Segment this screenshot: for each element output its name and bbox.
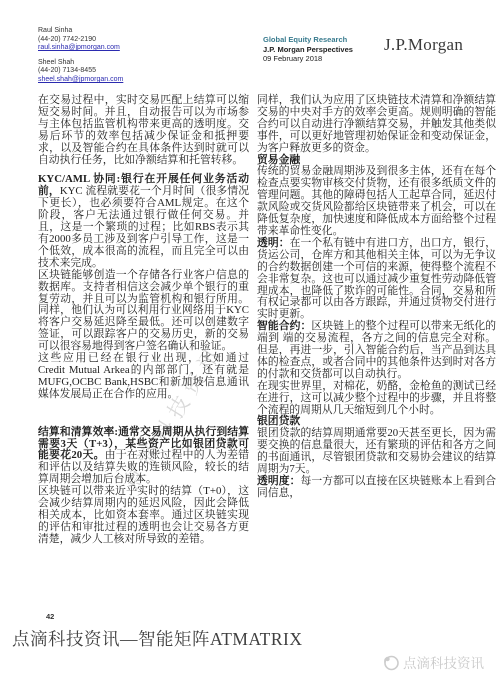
research-series: J.P. Morgan Perspectives [263,45,353,55]
contact-phone: (44-20) 7134-8455 [38,67,123,76]
page-number: 42 [46,612,54,621]
paragraph-lead: 结算和清算效率:通常交易周期从执行到结算需要3天（T+3），某些资产比如银团贷款… [38,426,249,462]
body-paragraph: 透明度：每一方都可以直接在区块链账本上看到合同信息， [257,476,496,500]
footer-channel-title: 点滴科技资讯—智能矩阵ATMATRIX [12,626,302,651]
body-paragraph: 银团贷款的结算周期通常要20天甚至更长，因为需要交换的信息量很大，还有繁琐的评估… [257,428,496,476]
research-header: Global Equity Research J.P. Morgan Persp… [263,35,353,64]
right-column: 同样，我们认为应用了区块链技术清算和净额结算交易的中央对手方的效率会更高。规则明… [257,95,496,546]
body-paragraph: 智能合约：区块链上的整个过程可以带来无纸化的端到 端的交易流程，各方之间的信息完… [257,321,496,381]
body-paragraph: 透明：在一个私有链中有进口方，出口方，银行，货运公司，仓库方和其他相关主体，可以… [257,238,496,321]
body-paragraph: 传统的贸易金融周期涉及到很多主体，还有在每个检查点要实物审核交付货物，还有很多纸… [257,166,496,237]
body-paragraph: 在交易过程中，实时交易匹配上结算可以缩短交易时间。并且，自动报告可以为市场参与主… [38,95,249,166]
paragraph-lead: 透明度： [257,475,300,487]
contact-name: Raul Sinha [38,27,123,36]
droplet-logo-icon [382,653,400,671]
body-paragraph: KYC/AML 协同:银行在开展任何业务活动前，KYC 流程就要花一个月时间（很… [38,174,249,269]
body-paragraph: 区块链可以带来近乎实时的结算（T+0），这会减少结算周期内的延迟风险，因此会降低… [38,486,249,546]
contact-name: Sheel Shah [38,59,123,68]
contact-phone: (44-20) 7742-2190 [38,36,123,45]
brand-watermark: 点滴科技资讯 [382,652,484,672]
paragraph-lead: 智能合约： [257,320,311,332]
body-paragraph: 结算和清算效率:通常交易周期从执行到结算需要3天（T+3），某些资产比如银团贷款… [38,427,249,487]
jpmorgan-logo: J.P.Morgan [384,35,463,55]
paragraph-lead: KYC/AML 协同:银行在开展任何业务活动前， [38,173,249,197]
research-division: Global Equity Research [263,35,353,45]
left-column: 在交易过程中，实时交易匹配上结算可以缩短交易时间。并且，自动报告可以为市场参与主… [38,95,249,546]
contact-email-link[interactable]: sheel.shah@jpmorgan.com [38,76,123,83]
article-body: 在交易过程中，实时交易匹配上结算可以缩短交易时间。并且，自动报告可以为市场参与主… [38,95,496,546]
analyst-contacts: Raul Sinha(44-20) 7742-2190raul.sinha@jp… [38,27,123,91]
body-paragraph: 同样，我们认为应用了区块链技术清算和净额结算交易的中央对手方的效率会更高。规则明… [257,95,496,155]
body-paragraph: 区块链能够创造一个存储各行业客户信息的数据库。支持者相信这会减少单个银行的重复劳… [38,270,249,353]
contact-email-link[interactable]: raul.sinha@jpmorgan.com [38,44,120,51]
body-paragraph: 这些应用已经在银行业出现，比如通过 Credit Mutual Arkea的内部… [38,353,249,401]
contact-block: Raul Sinha(44-20) 7742-2190raul.sinha@jp… [38,27,123,53]
brand-text: 点滴科技资讯 [403,652,484,672]
paragraph-lead: 透明： [257,237,290,249]
document-page: 点滴科技资讯 Raul Sinha(44-20) 7742-2190raul.s… [0,0,499,687]
research-date: 09 February 2018 [263,54,353,64]
contact-block: Sheel Shah(44-20) 7134-8455sheel.shah@jp… [38,59,123,85]
body-paragraph: 在现实世界里，对棉花，奶酪，金枪鱼的测试已经在进行，这可以减少整个过程中的步骤，… [257,381,496,417]
